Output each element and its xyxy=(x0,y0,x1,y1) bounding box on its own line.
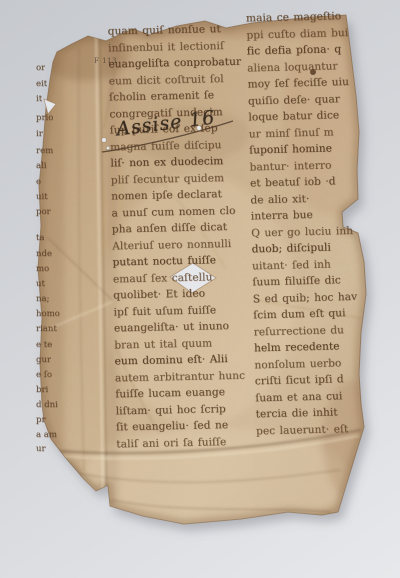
manuscript-text-line: reſurrectione du xyxy=(253,321,371,340)
manuscript-text-line: bran ut ital quum xyxy=(114,334,254,353)
margin-fragment: a am xyxy=(36,429,57,442)
manuscript-text-line: Alteriuſ uero nonnulli xyxy=(112,235,252,254)
manuscript-text-line: pec lauerunt· eſt xyxy=(256,420,374,439)
manuscript-text-line: quiſio deſe· quar xyxy=(248,90,366,109)
manuscript-text-line: inſinenbui it lectioniſ xyxy=(108,37,248,56)
margin-fragment: d dni xyxy=(36,399,58,412)
margin-fragment: ta xyxy=(36,232,44,245)
margin-fragment: uit xyxy=(36,191,48,204)
manuscript-text-line: Q uer go luciu inh xyxy=(251,222,369,241)
margin-fragment: homo xyxy=(36,308,60,321)
manuscript-text-line: a unuſ cum nomen clo xyxy=(111,202,251,221)
margin-fragment: or xyxy=(36,62,45,75)
margin-fragment: it xyxy=(36,93,42,106)
manuscript-text-line: liſtam· qui hoc ſcrip xyxy=(115,400,255,419)
manuscript-photo: oreititprioirremalieuitportandemoutna;ho… xyxy=(0,0,400,578)
margin-fragment: nde xyxy=(36,248,52,261)
margin-fragment: gur xyxy=(36,354,51,367)
manuscript-text-line: de alio xit· xyxy=(250,189,368,208)
margin-fragment: ali xyxy=(36,160,47,173)
manuscript-text-line: emauſ ſex caſtellu xyxy=(113,268,253,287)
manuscript-text-line: bantur· interro xyxy=(249,156,367,175)
margin-fragment: rem xyxy=(36,145,53,158)
margin-fragment-column: oreititprioirremalieuitportandemoutna;ho… xyxy=(34,0,64,470)
manuscript-text-line: autem arbitrantur hunc xyxy=(115,367,255,386)
margin-fragment: ur xyxy=(36,443,46,456)
manuscript-text-line: pliſ ſecuntur quidem xyxy=(111,169,251,188)
right-text-column: maia ce mageſtioppi cuſto diam buific de… xyxy=(246,8,374,440)
margin-fragment: ut xyxy=(36,278,45,291)
left-text-column: quam quiſ nonſue utinſinenbui it lection… xyxy=(108,21,257,453)
margin-fragment: prio xyxy=(36,112,53,125)
manuscript-text-line: S ed quib; hoc hav xyxy=(253,288,371,307)
manuscript-text-line: nonſolum uerbo xyxy=(254,354,372,373)
hole-small xyxy=(102,138,107,143)
manuscript-text-line: aliena loquantur xyxy=(247,57,365,76)
margin-fragment: eit xyxy=(36,78,47,91)
manuscript-text-line: magna fuiſſe diſcipu xyxy=(110,136,250,155)
margin-fragment: por xyxy=(36,206,51,219)
manuscript-text-line: ſuam et ana cui xyxy=(255,387,373,406)
margin-fragment: mo xyxy=(36,263,49,276)
manuscript-text-line: uitant· ſed inh xyxy=(252,255,370,274)
margin-fragment: ir xyxy=(36,128,43,141)
manuscript-text-line: ipſ fuit uſum fuiſſe xyxy=(113,301,253,320)
margin-fragment: na; xyxy=(36,293,49,306)
margin-fragment: bri xyxy=(36,384,48,397)
manuscript-text-line: ppi cuſto diam bui xyxy=(246,24,364,43)
manuscript-text-line: eum dicit coſtruit ſol xyxy=(109,70,249,89)
margin-fragment: riant xyxy=(36,323,57,336)
margin-fragment: e ſo xyxy=(36,369,52,382)
manuscript-text-line: ur minſ ſinuſ m xyxy=(249,123,367,142)
margin-fragment: pr xyxy=(36,414,46,427)
manuscript-text-line: taliſ ani ori ſa fuiſſe xyxy=(116,433,256,452)
margin-fragment: e xyxy=(36,176,41,189)
margin-fragment: e te xyxy=(36,339,52,352)
shelfmark-label: F 113 xyxy=(94,57,117,65)
